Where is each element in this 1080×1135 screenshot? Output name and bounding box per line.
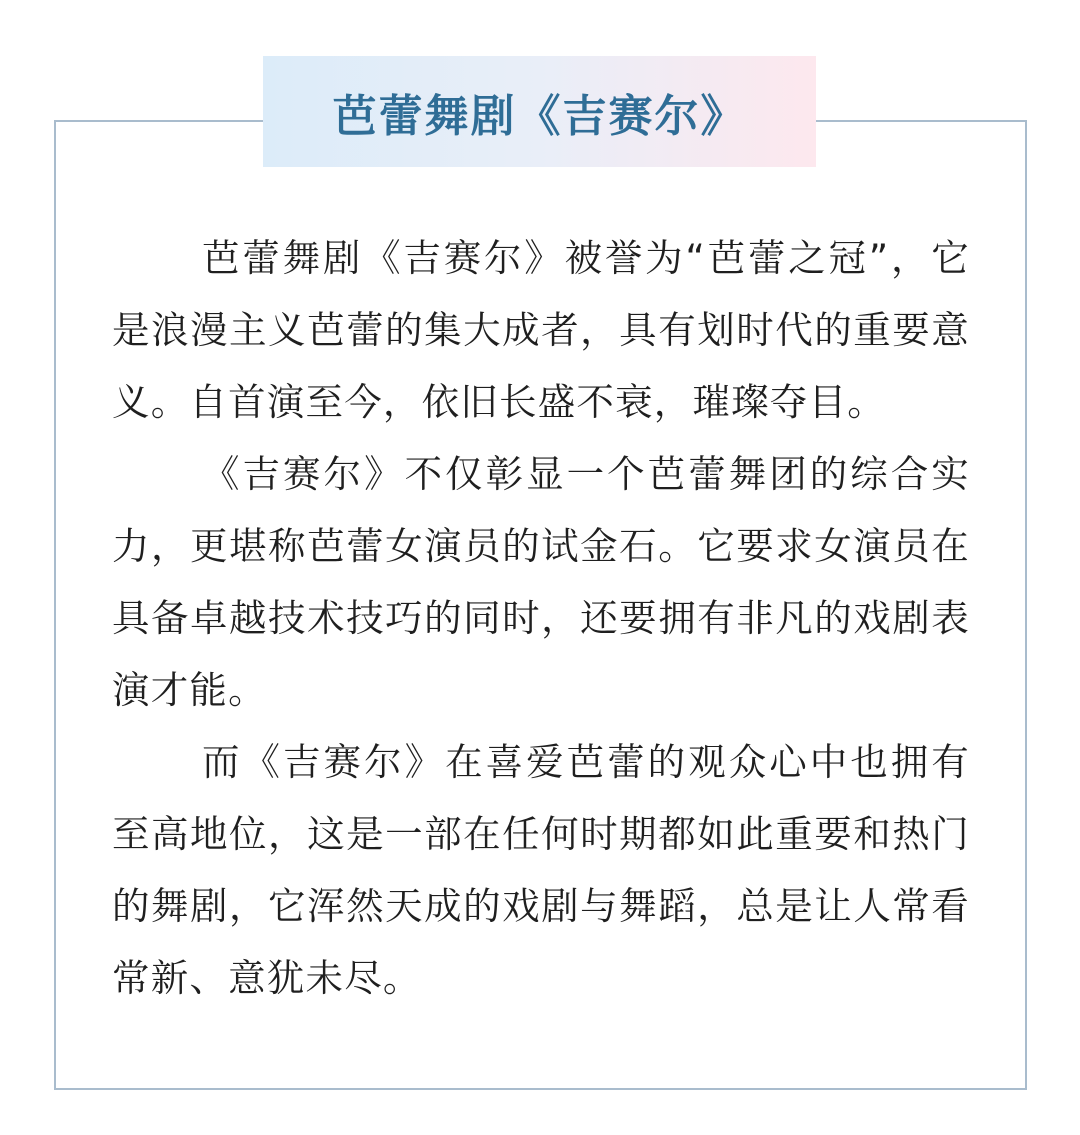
paragraph-3: 而《吉赛尔》在喜爱芭蕾的观众心中也拥有至高地位，这是一部在任何时期都如此重要和热… [112, 726, 970, 1014]
paragraph-2: 《吉赛尔》不仅彰显一个芭蕾舞团的综合实力，更堪称芭蕾女演员的试金石。它要求女演员… [112, 438, 970, 726]
title-banner: 芭蕾舞剧《吉赛尔》 [263, 56, 816, 167]
article-body: 芭蕾舞剧《吉赛尔》被誉为“芭蕾之冠”，它是浪漫主义芭蕾的集大成者，具有划时代的重… [112, 222, 970, 1014]
paragraph-1: 芭蕾舞剧《吉赛尔》被誉为“芭蕾之冠”，它是浪漫主义芭蕾的集大成者，具有划时代的重… [112, 222, 970, 438]
page-title: 芭蕾舞剧《吉赛尔》 [333, 80, 747, 144]
